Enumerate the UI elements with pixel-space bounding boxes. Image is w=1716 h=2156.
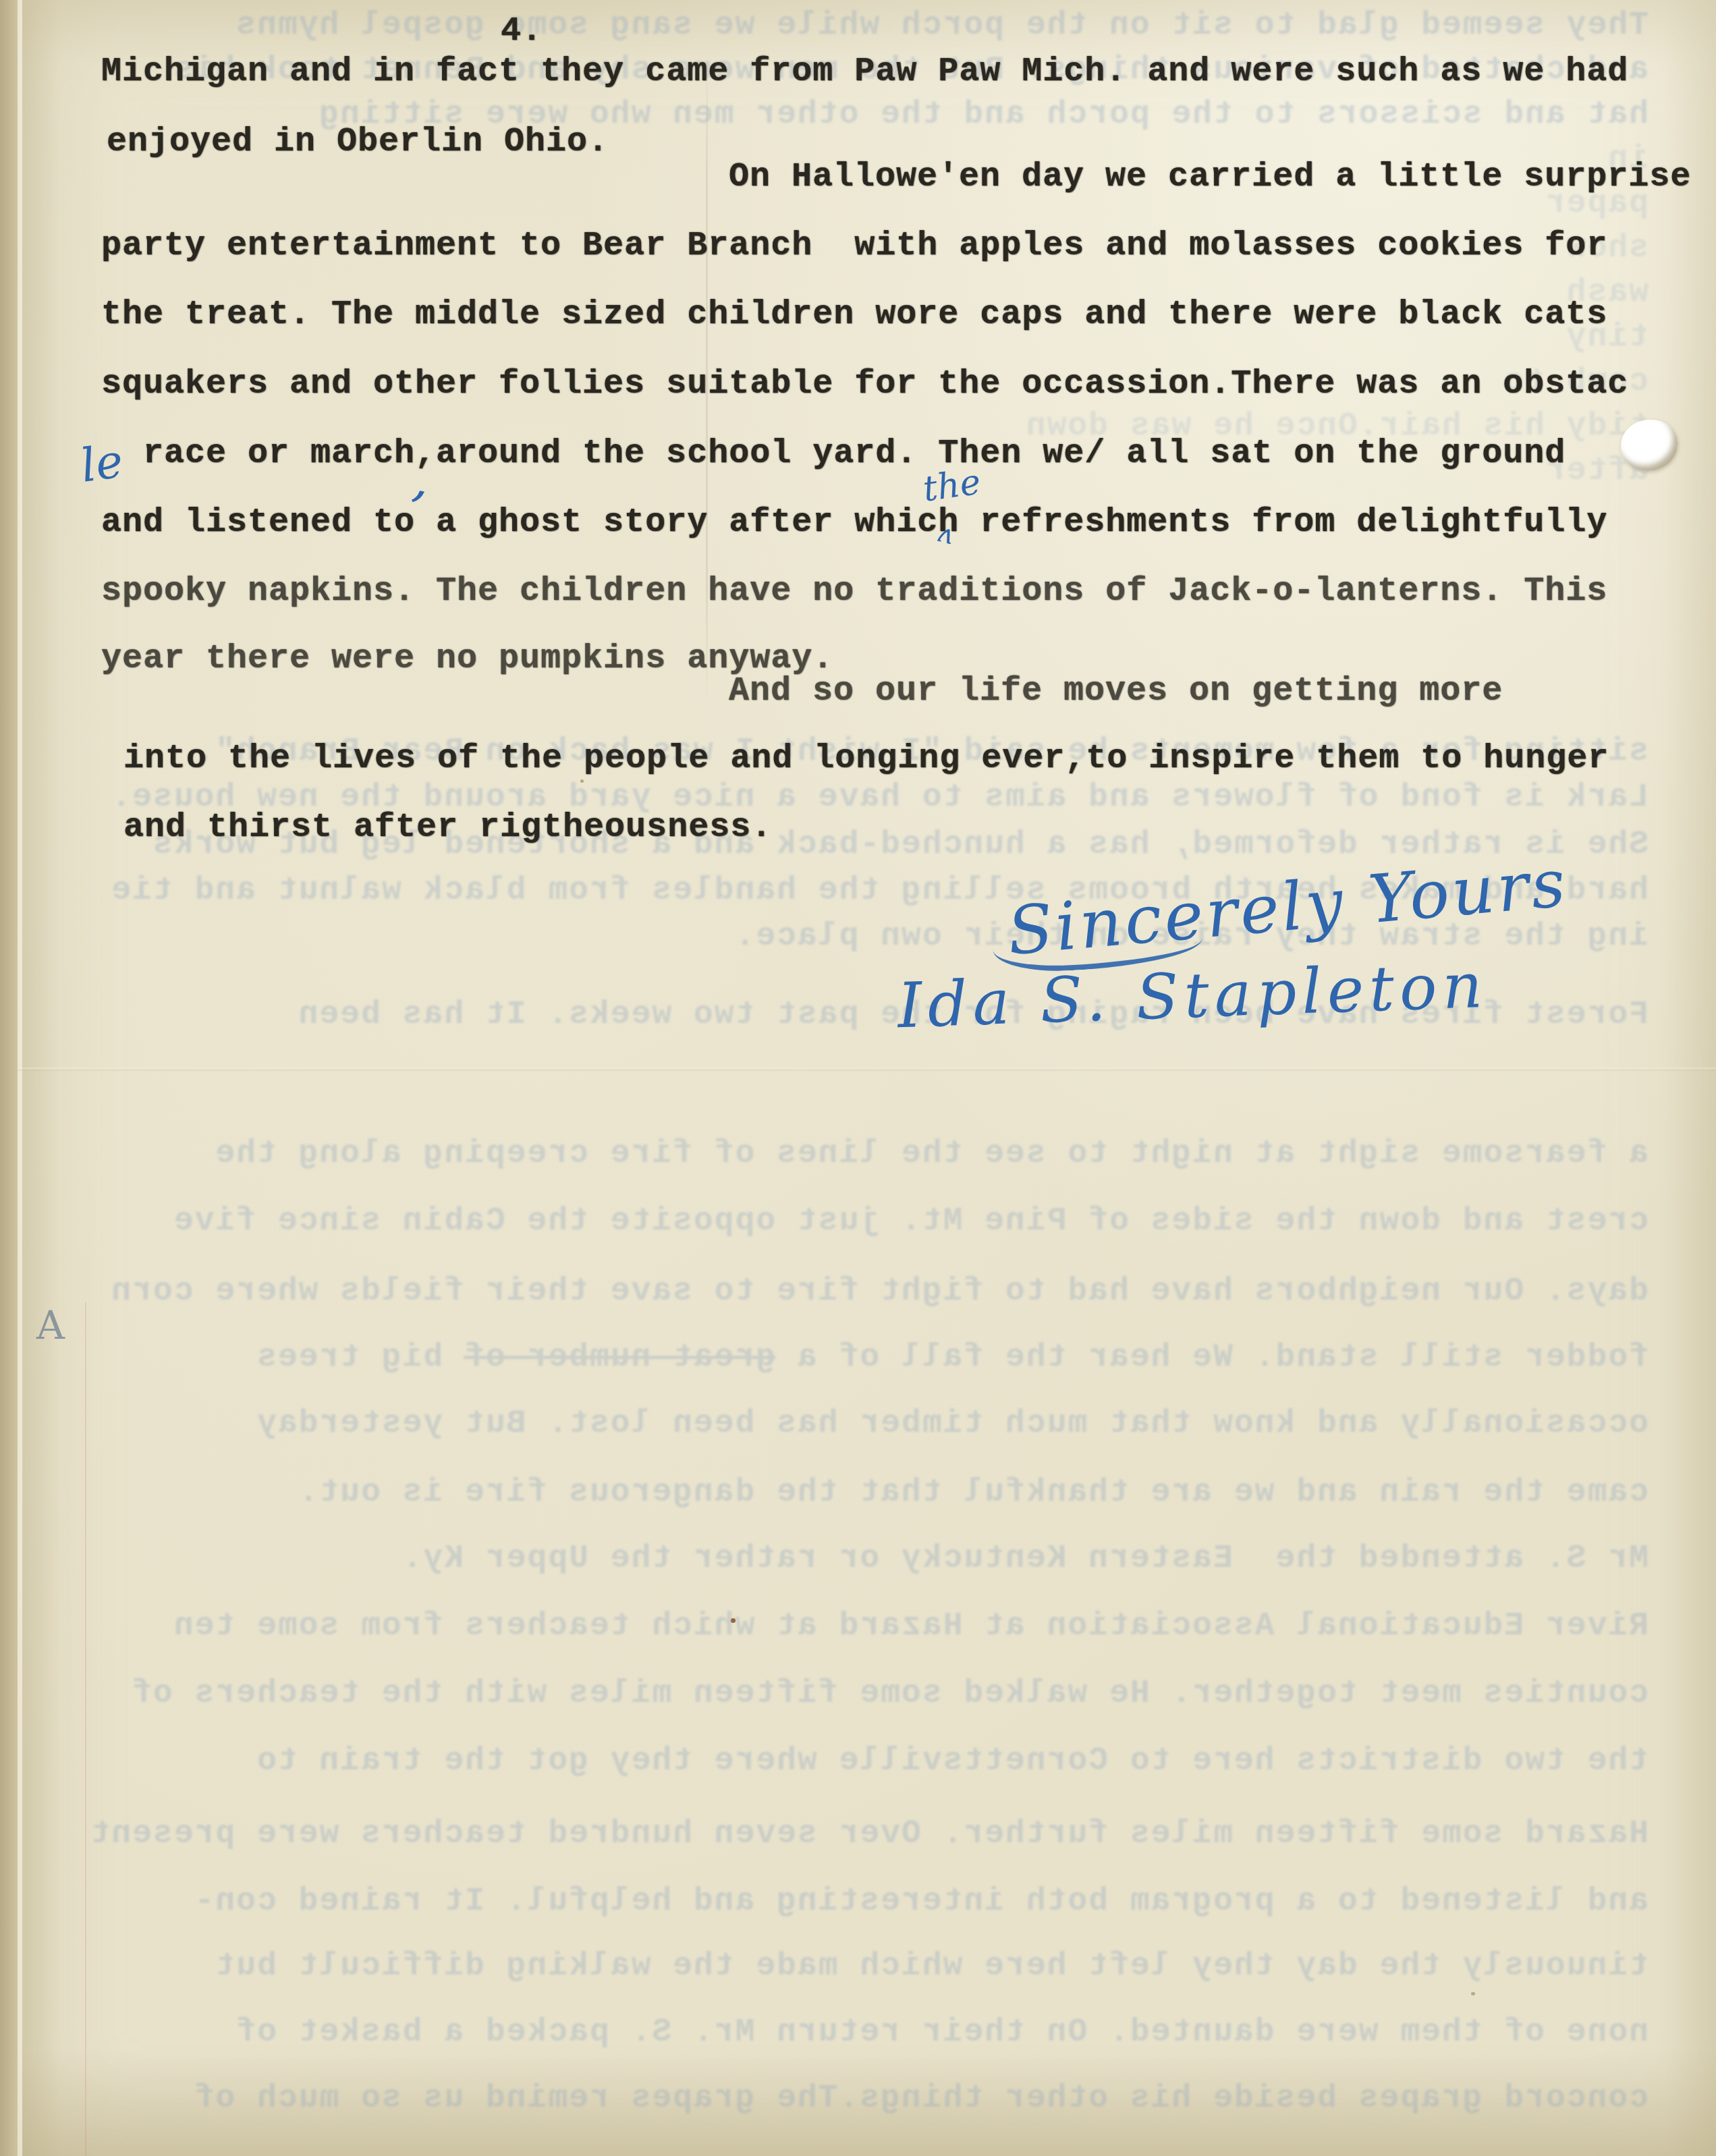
typed-line: party entertainment to Bear Branch with …: [101, 229, 1607, 263]
typed-line: the treat. The middle sized children wor…: [101, 298, 1607, 332]
typed-line: race or march,around the school yard. Th…: [143, 437, 1566, 471]
typed-line: 4.: [501, 15, 543, 49]
typed-text-layer: 4.Michigan and in fact they came from Pa…: [0, 0, 1716, 2156]
typed-line: year there were no pumpkins anyway.: [101, 642, 833, 676]
inserted-le-correction: le: [78, 435, 126, 493]
typed-line: On Hallowe'en day we carried a little su…: [729, 161, 1691, 194]
inserted-the: the: [920, 462, 983, 509]
typed-line: and listened to a ghost story after whic…: [101, 506, 1607, 540]
typed-line: squakers and other follies suitable for …: [101, 368, 1628, 402]
typed-line: into the lives of the people and longing…: [123, 742, 1609, 776]
typed-line: spooky napkins. The children have no tra…: [101, 575, 1607, 609]
typed-line: enjoyed in Oberlin Ohio.: [107, 126, 609, 159]
scanned-letter-page: They seemed glad to sit on the porch whi…: [0, 0, 1716, 2156]
typed-line: Michigan and in fact they came from Paw …: [101, 55, 1628, 89]
typed-line: And so our life moves on getting more: [729, 675, 1503, 709]
typed-line: and thirst after rigtheousness.: [123, 811, 772, 845]
